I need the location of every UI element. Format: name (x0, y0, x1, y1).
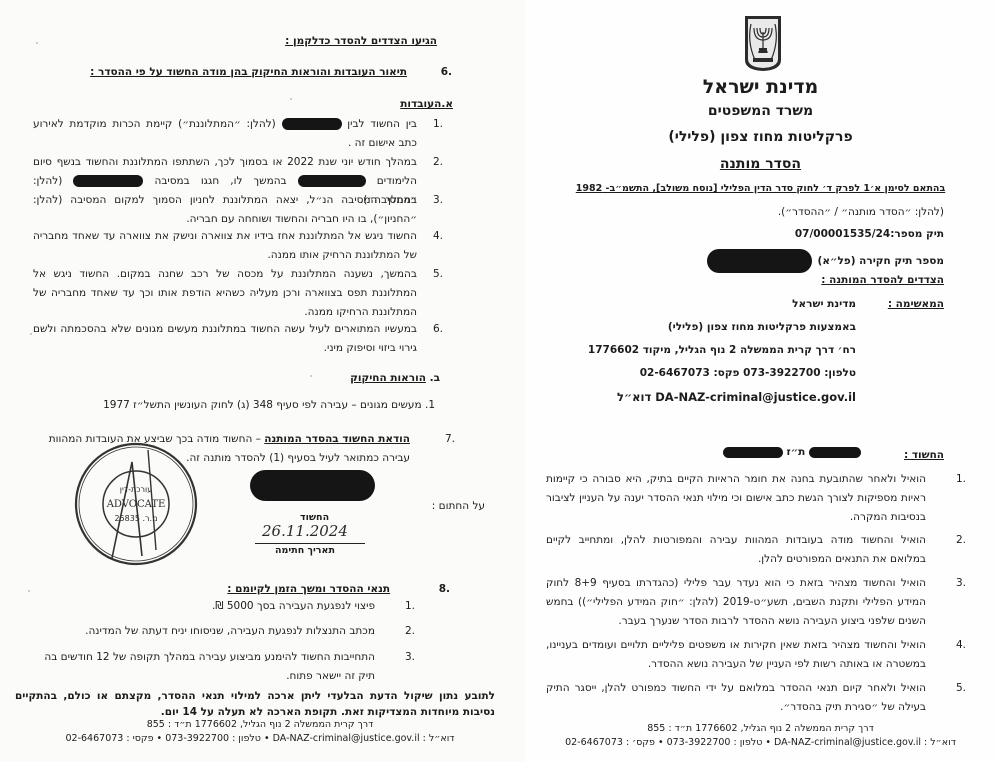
page-footer: דרך קרית הממשלה 2 נוף הגליל, 1776602 ת״ד… (525, 722, 996, 750)
section-6-heading: .6 תיאור העובדות והוראות החיקוק בהן מודה… (90, 66, 452, 78)
clause-text: הואיל ולאחר שהתובעת בחנה את חומר הראיות … (546, 470, 926, 527)
fact-item: .4 החשוד ניגש אל המתלוננת אחז בידיו את צ… (33, 227, 443, 265)
document-page-2: הגיעו הצדדים להסדר כדלקמן : .6 תיאור העו… (0, 0, 525, 762)
section-number: .6 (441, 66, 452, 78)
redaction-block (282, 118, 342, 130)
case-number-value: 07/00001535/24 (795, 228, 890, 240)
legal-basis: בהתאם לסימן א׳1 לפרק ד׳ לחוק סדר הדין הפ… (525, 183, 996, 194)
fact-text: בין החשוד לבין (347, 118, 417, 130)
redaction-block (723, 447, 783, 458)
fact-text: במעשיו המתוארים לעיל עשה החשוד במתלוננת … (33, 320, 417, 358)
whereas-clause: .4 הואיל והחשוד מצהיר בזאת שאין חקירות א… (546, 636, 966, 674)
fact-text: החשוד ניגש אל המתלוננת אחז בידיו את צווא… (33, 227, 417, 265)
accuser-phone: טלפון: 073-3922700 פקס: 02-6467073 (640, 367, 856, 379)
whereas-clause: .3 הואיל והחשוד מצהיר בזאת כי הוא נעדר ע… (546, 574, 966, 631)
handwritten-date: 26.11.2024 (262, 522, 348, 540)
item-number: .2 (405, 622, 415, 641)
redacted-signature (250, 470, 375, 501)
state-name: מדינת ישראל (525, 76, 996, 98)
parties-agreed-heading: הגיעו הצדדים להסדר כדלקמן : (285, 35, 437, 47)
whereas-clause: .2 הואיל והחשוד מודה בעובדות המהוות עביר… (546, 531, 966, 569)
fact-item: .6 במעשיו המתוארים לעיל עשה החשוד במתלונ… (33, 320, 443, 358)
footer-contact: דוא״ל : DA-NAZ-criminal@justice.gov.il •… (20, 732, 500, 746)
condition-text: מכתב התנצלות לנפגעת העבירה, שניסוחו יניח… (25, 622, 375, 641)
section-number: .7 (445, 430, 455, 449)
item-number: .1 (405, 597, 415, 616)
footer-contact: דוא״ל : DA-NAZ-criminal@justice.gov.il •… (525, 736, 996, 750)
whereas-clause: .5 הואיל ולאחר קיום תנאי ההסדר במלואם על… (546, 679, 966, 717)
parties-heading: הצדדים להסדר המותנה : (821, 274, 944, 286)
clause-number: .4 (948, 636, 966, 655)
clause-number: .3 (948, 574, 966, 593)
signature-line (255, 543, 365, 544)
section-title: תיאור העובדות והוראות החיקוק בהן מודה הח… (90, 66, 407, 78)
accuser-label: המאשימה : (888, 298, 944, 310)
section-title: הודאת החשוד בהסדר המותנה (264, 433, 410, 445)
fact-item: .1 בין החשוד לבין (להלן: ״המתלוננת״) קיי… (33, 115, 443, 153)
suspect-caption: החשוד (300, 512, 329, 523)
section-8-heading: .8 תנאי ההסדר ומשך הזמן לקיומם : (227, 583, 450, 595)
clause-text: הואיל והחשוד מצהיר בזאת שאין חקירות או מ… (546, 636, 926, 674)
case-number-label: תיק מספר: (890, 228, 944, 240)
svg-text:עידית רייכרט * IDIT REICHERT *: עידית רייכרט * IDIT REICHERT * (72, 440, 78, 444)
accuser-representative: באמצעות פרקליטות מחוז צפון (פלילי) (668, 321, 856, 333)
legal-provision-item: 1. מעשים מגונים – עבירה לפי סעיף 348 (ג)… (103, 399, 435, 411)
item-number: .1 (427, 115, 443, 134)
fact-item: .5 בהמשך, נשענה המתלוננת על מכסה של רכב … (33, 265, 443, 322)
advocate-stamp-icon: עידית רייכרט * IDIT REICHERT * עורכת-דין… (72, 440, 200, 568)
clause-text: הואיל והחשוד מודה בעובדות המהוות עבירה ו… (546, 531, 926, 569)
item-number: .3 (405, 648, 415, 667)
condition-text: התחייבות החשוד להימנע מביצוע עבירה במהלך… (25, 648, 375, 686)
state-emblem-icon (743, 14, 783, 72)
fact-text: בהמשך לו, חגגו במסיבה (154, 175, 286, 187)
condition-text: פיצוי לנפגעת העבירה בסך 5000 ₪. (25, 597, 375, 616)
section-title: תנאי ההסדר ומשך הזמן לקיומם : (227, 583, 390, 595)
condition-item: .2 מכתב התנצלות לנפגעת העבירה, שניסוחו י… (25, 622, 415, 641)
office-name: פרקליטות מחוז צפון (פלילי) (525, 129, 996, 145)
document-title: הסדר מותנה (525, 156, 996, 172)
document-page-1: מדינת ישראל משרד המשפטים פרקליטות מחוז צ… (525, 0, 996, 762)
item-number: .4 (427, 227, 443, 246)
page-footer: דרך קרית הממשלה 2 נוף הגליל, 1776602 ת״ד… (20, 718, 500, 746)
legal-provisions-heading: ב. הוראות החיקוק (350, 372, 440, 384)
item-number: .5 (427, 265, 443, 284)
item-number: .3 (427, 191, 443, 210)
signed-label: על החתום : (432, 500, 485, 512)
accuser-address: רח׳ דרך קרית הממשלה 2 נוף הגליל, מיקוד 1… (588, 344, 856, 356)
section-number: .8 (439, 583, 450, 595)
section-title: הוראות החיקוק (350, 372, 426, 384)
clause-number: .1 (948, 470, 966, 489)
suspect-id: ת״ז (723, 446, 861, 458)
suspect-label: החשוד : (904, 449, 944, 461)
ministry-name: משרד המשפטים (525, 103, 996, 119)
investigation-number: מספר תיק חקירה (פל״א) (707, 249, 944, 273)
signature-date-caption: תאריך חתימה (275, 545, 335, 556)
condition-item: .1 פיצוי לנפגעת העבירה בסך 5000 ₪. (25, 597, 415, 616)
investigation-number-label: מספר תיק חקירה (פל״א) (818, 255, 944, 267)
item-number: .2 (427, 153, 443, 172)
whereas-clause: .1 הואיל ולאחר שהתובעת בחנה את חומר הראי… (546, 470, 966, 527)
clause-number: .2 (948, 531, 966, 550)
clause-text: הואיל והחשוד מצהיר בזאת כי הוא נעדר עבר … (546, 574, 926, 631)
redaction-block (707, 249, 812, 273)
fact-item: .3 במהלך המסיבה הנ״ל, יצאה המתלוננת לחני… (33, 191, 443, 229)
accuser-name: מדינת ישראל (792, 298, 856, 310)
fact-text: במהלך המסיבה הנ״ל, יצאה המתלוננת לחניון … (33, 191, 417, 229)
extension-note: לתובע נתון שיקול הדעת הבלעדי ליתן ארכה ל… (15, 688, 495, 720)
redaction-block (298, 175, 366, 187)
section-letter: ב. (430, 372, 440, 384)
redaction-block (73, 175, 143, 187)
fact-text: בהמשך, נשענה המתלוננת על מכסה של רכב שחנ… (33, 265, 417, 322)
id-label: ת״ז (787, 446, 806, 458)
facts-heading: א.העובדות (400, 98, 453, 110)
clause-number: .5 (948, 679, 966, 698)
hereinafter-note: (להלן: ״הסדר מותנה״ / ״ההסדר״). (778, 206, 944, 218)
clause-text: הואיל ולאחר קיום תנאי ההסדר במלואם על יד… (546, 679, 926, 717)
footer-address: דרך קרית הממשלה 2 נוף הגליל, 1776602 ת״ד… (525, 722, 996, 736)
condition-item: .3 התחייבות החשוד להימנע מביצוע עבירה במ… (25, 648, 415, 686)
footer-address: דרך קרית הממשלה 2 נוף הגליל, 1776602 ת״ד… (20, 718, 500, 732)
accuser-email: DA-NAZ-criminal@justice.gov.il דוא״ל (617, 390, 856, 404)
redaction-block (809, 447, 861, 458)
item-number: .6 (427, 320, 443, 339)
case-number: תיק מספר:07/00001535/24 (795, 228, 944, 240)
